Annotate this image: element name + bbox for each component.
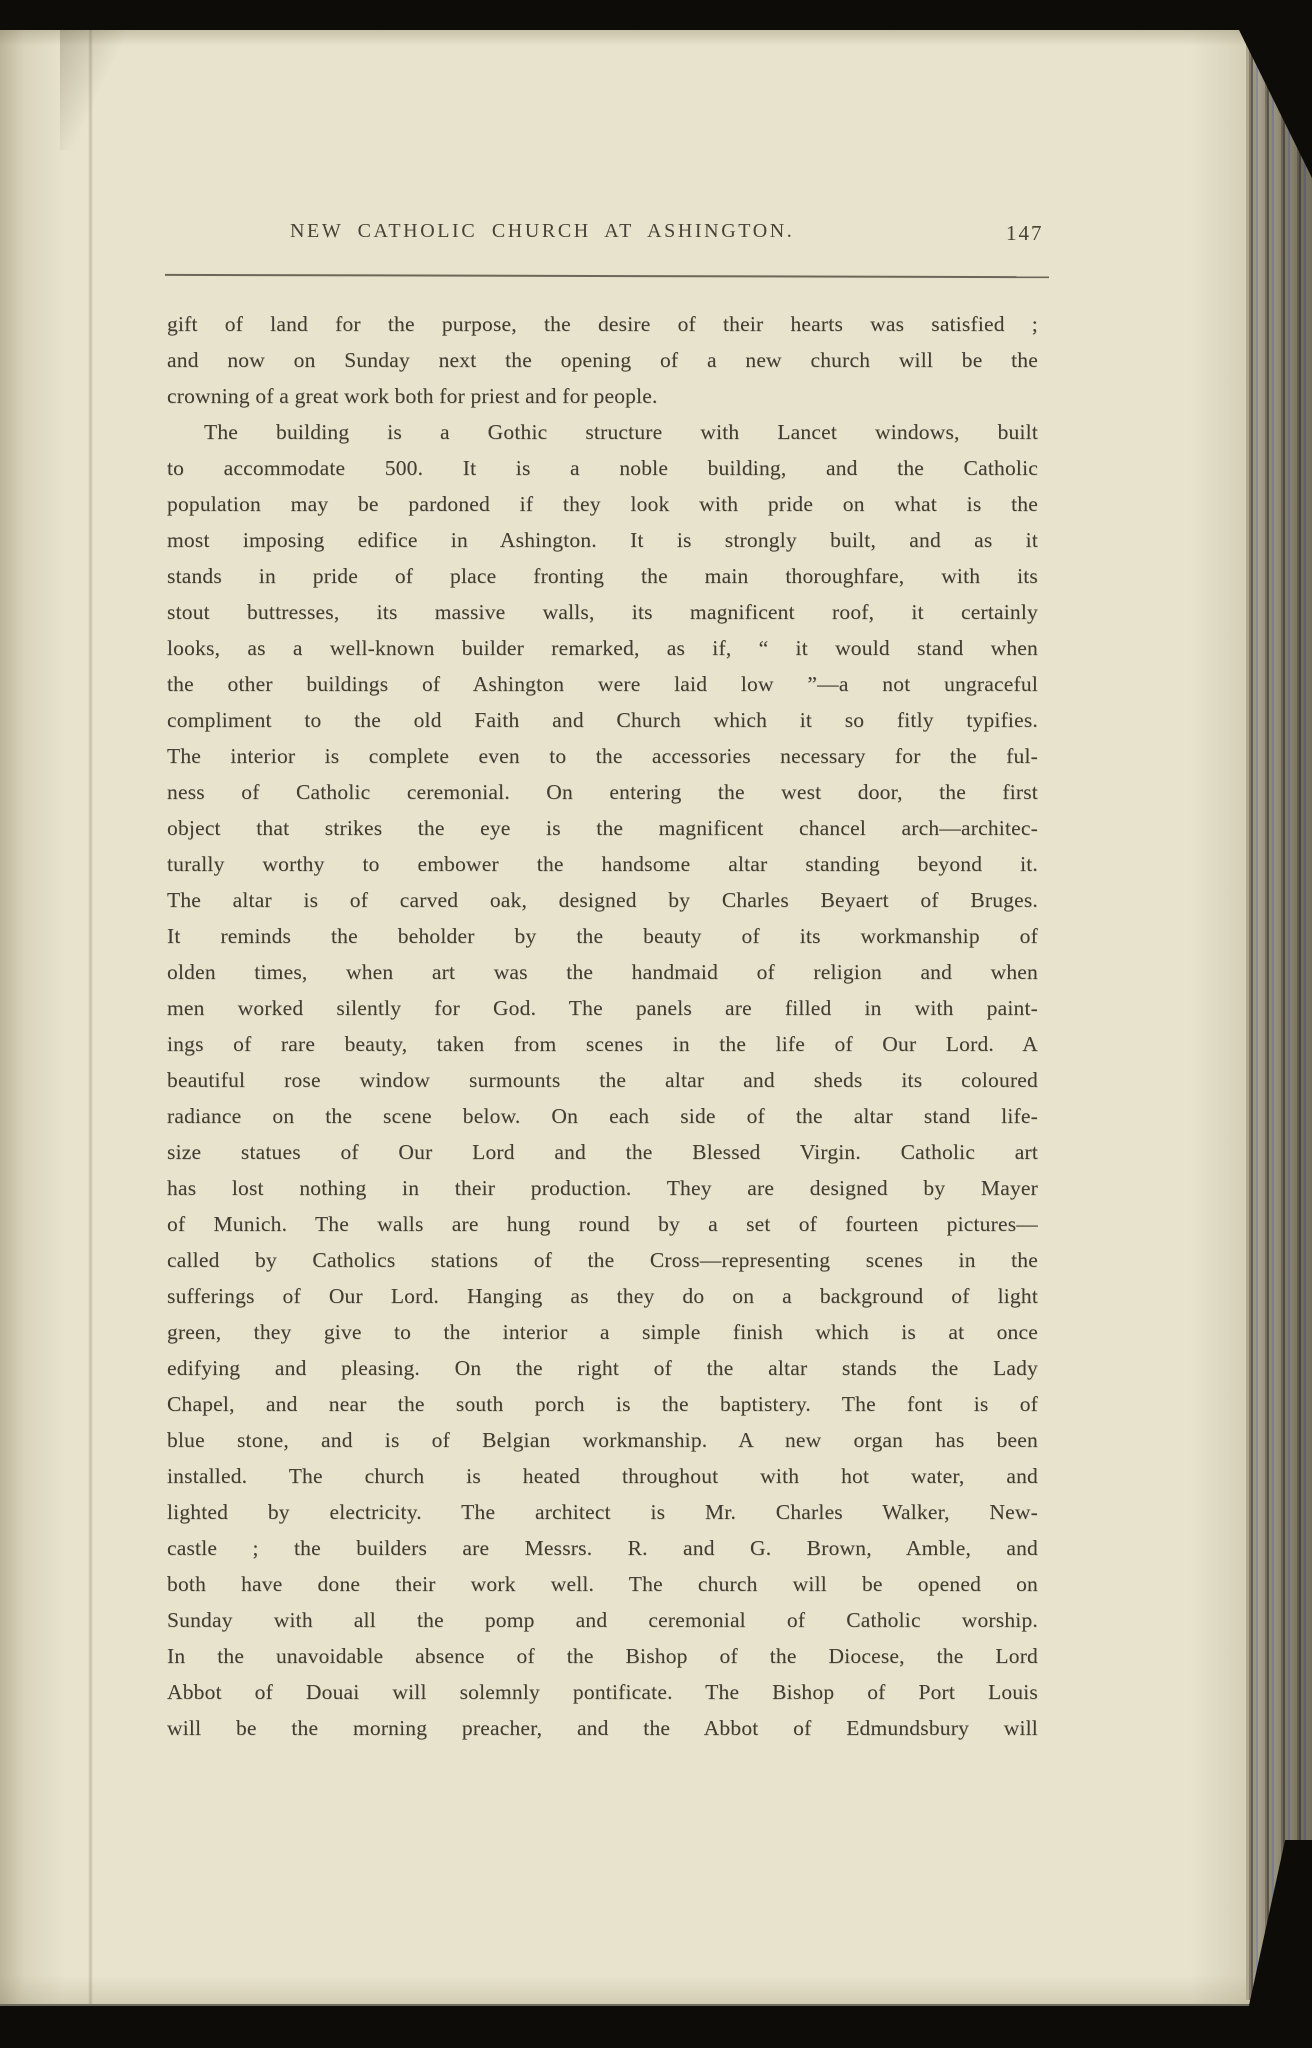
gutter-crease (88, 30, 93, 2004)
text-line: both have done their work well. The chur… (167, 1566, 1038, 1602)
text-line: beautiful rose window surmounts the alta… (167, 1062, 1038, 1098)
body-text: gift of land for the purpose, the desire… (167, 306, 1038, 1746)
text-line: crowning of a great work both for priest… (167, 378, 1038, 414)
text-line: turally worthy to embower the handsome a… (167, 846, 1038, 882)
book-scan: NEW CATHOLIC CHURCH AT ASHINGTON. 147 gi… (0, 0, 1312, 2048)
text-line: castle ; the builders are Messrs. R. and… (167, 1530, 1038, 1566)
text-line: ings of rare beauty, taken from scenes i… (167, 1026, 1038, 1062)
text-line: has lost nothing in their production. Th… (167, 1170, 1038, 1206)
text-line: population may be pardoned if they look … (167, 486, 1038, 522)
text-line: The building is a Gothic structure with … (167, 414, 1038, 450)
text-line: gift of land for the purpose, the desire… (167, 306, 1038, 342)
text-line: edifying and pleasing. On the right of t… (167, 1350, 1038, 1386)
text-line: It reminds the beholder by the beauty of… (167, 918, 1038, 954)
page-edge-stack (1246, 34, 1312, 2000)
text-line: looks, as a well-known builder remarked,… (167, 630, 1038, 666)
text-line: the other buildings of Ashington were la… (167, 666, 1038, 702)
text-line: sufferings of Our Lord. Hanging as they … (167, 1278, 1038, 1314)
page-number: 147 (1006, 221, 1044, 246)
text-line: will be the morning preacher, and the Ab… (167, 1710, 1038, 1746)
text-line: stout buttresses, its massive walls, its… (167, 594, 1038, 630)
text-line: olden times, when art was the handmaid o… (167, 954, 1038, 990)
text-line: green, they give to the interior a simpl… (167, 1314, 1038, 1350)
text-line: most imposing edifice in Ashington. It i… (167, 522, 1038, 558)
text-line: called by Catholics stations of the Cros… (167, 1242, 1038, 1278)
text-line: blue stone, and is of Belgian workmanshi… (167, 1422, 1038, 1458)
top-left-fold-shadow (60, 30, 130, 150)
text-line: installed. The church is heated througho… (167, 1458, 1038, 1494)
text-line: Chapel, and near the south porch is the … (167, 1386, 1038, 1422)
text-line: The interior is complete even to the acc… (167, 738, 1038, 774)
text-line: men worked silently for God. The panels … (167, 990, 1038, 1026)
running-head-title: NEW CATHOLIC CHURCH AT ASHINGTON. (290, 220, 794, 243)
text-line: Abbot of Douai will solemnly pontificate… (167, 1674, 1038, 1710)
text-line: The altar is of carved oak, designed by … (167, 882, 1038, 918)
text-line: lighted by electricity. The architect is… (167, 1494, 1038, 1530)
text-line: to accommodate 500. It is a noble buildi… (167, 450, 1038, 486)
text-line: and now on Sunday next the opening of a … (167, 342, 1038, 378)
text-line: of Munich. The walls are hung round by a… (167, 1206, 1038, 1242)
text-line: radiance on the scene below. On each sid… (167, 1098, 1038, 1134)
text-line: In the unavoidable absence of the Bishop… (167, 1638, 1038, 1674)
text-line: stands in pride of place fronting the ma… (167, 558, 1038, 594)
text-line: compliment to the old Faith and Church w… (167, 702, 1038, 738)
text-line: size statues of Our Lord and the Blessed… (167, 1134, 1038, 1170)
text-line: Sunday with all the pomp and ceremonial … (167, 1602, 1038, 1638)
text-line: ness of Catholic ceremonial. On entering… (167, 774, 1038, 810)
text-line: object that strikes the eye is the magni… (167, 810, 1038, 846)
